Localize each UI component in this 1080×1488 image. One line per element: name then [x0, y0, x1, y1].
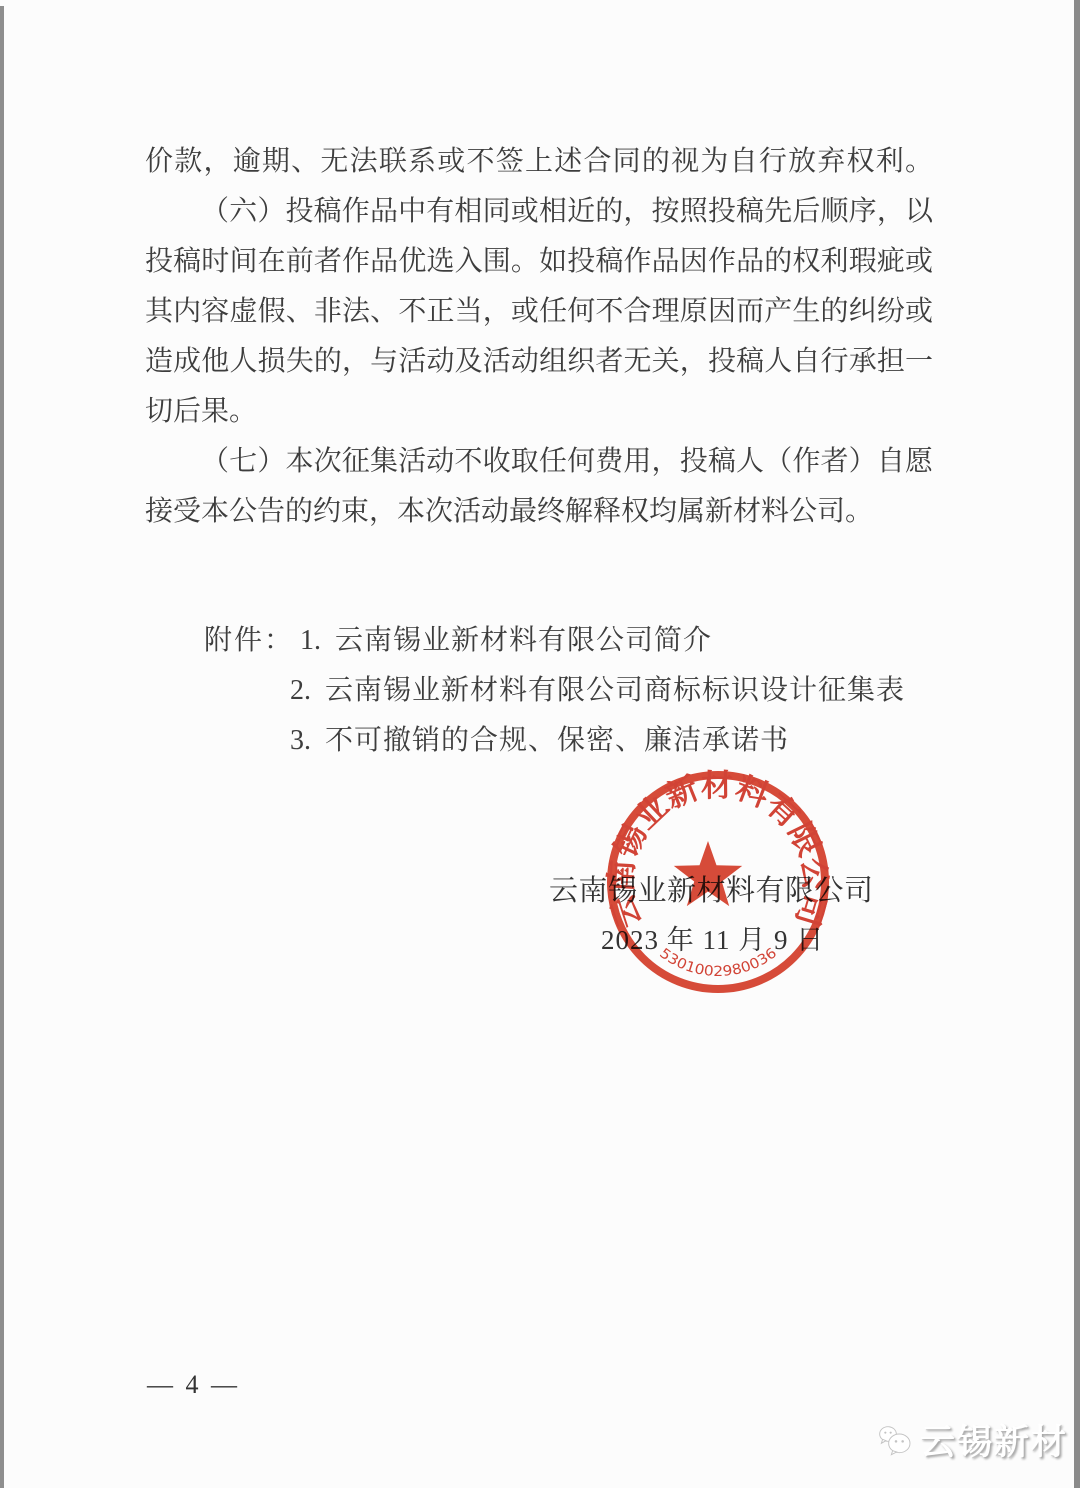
- page-number: — 4 —: [147, 1370, 240, 1400]
- body-line: 切后果。: [145, 387, 933, 437]
- attachments-list: 附件：1.云南锡业新材料有限公司简介 2.云南锡业新材料有限公司商标标识设计征集…: [204, 616, 964, 766]
- document-body: 价款，逾期、无法联系或不签上述合同的视为自行放弃权利。 （六）投稿作品中有相同或…: [145, 137, 933, 537]
- body-line: 接受本公告的约束，本次活动最终解释权均属新材料公司。: [145, 487, 933, 537]
- watermark: 云锡新材: [878, 1412, 1068, 1468]
- attachment-item: 附件：1.云南锡业新材料有限公司简介: [204, 616, 964, 666]
- seal-star-icon: [674, 841, 742, 906]
- seal-ring-text: 云南锡业新材料有限公司: [603, 768, 833, 933]
- attachment-item: 2.云南锡业新材料有限公司商标标识设计征集表: [204, 666, 964, 716]
- body-line: 投稿时间在前者作品优选入围。如投稿作品因作品的权利瑕疵或: [145, 237, 933, 287]
- seal-serial-number: 5301002980036: [656, 945, 780, 980]
- attachment-number: 1.: [300, 616, 321, 666]
- attachment-title: 云南锡业新材料有限公司简介: [335, 625, 712, 656]
- attachment-title: 云南锡业新材料有限公司商标标识设计征集表: [325, 675, 905, 706]
- body-line: 其内容虚假、非法、不正当，或任何不合理原因而产生的纠纷或: [145, 287, 933, 337]
- body-line: 造成他人损失的，与活动及活动组织者无关，投稿人自行承担一: [145, 337, 933, 387]
- attachment-number: 3.: [290, 716, 311, 766]
- body-line: （七）本次征集活动不收取任何费用，投稿人（作者）自愿: [145, 437, 933, 487]
- attachments-label: 附件：: [204, 625, 294, 656]
- attachment-title: 不可撤销的合规、保密、廉洁承诺书: [325, 725, 789, 756]
- body-line: 价款，逾期、无法联系或不签上述合同的视为自行放弃权利。: [145, 137, 933, 187]
- document-page: { "body": { "lines": [ "价款，逾期、无法联系或不签上述合…: [0, 0, 1080, 1488]
- company-seal-stamp: 云南锡业新材料有限公司 5301002980036: [596, 760, 840, 1004]
- wechat-icon: [878, 1417, 914, 1463]
- page-edge-right: [1074, 0, 1080, 1488]
- page-edge-left: [0, 6, 4, 1488]
- watermark-text: 云锡新材: [920, 1415, 1068, 1465]
- attachment-item: 3.不可撤销的合规、保密、廉洁承诺书: [204, 716, 964, 766]
- attachment-number: 2.: [290, 666, 311, 716]
- body-line: （六）投稿作品中有相同或相近的，按照投稿先后顺序，以: [145, 187, 933, 237]
